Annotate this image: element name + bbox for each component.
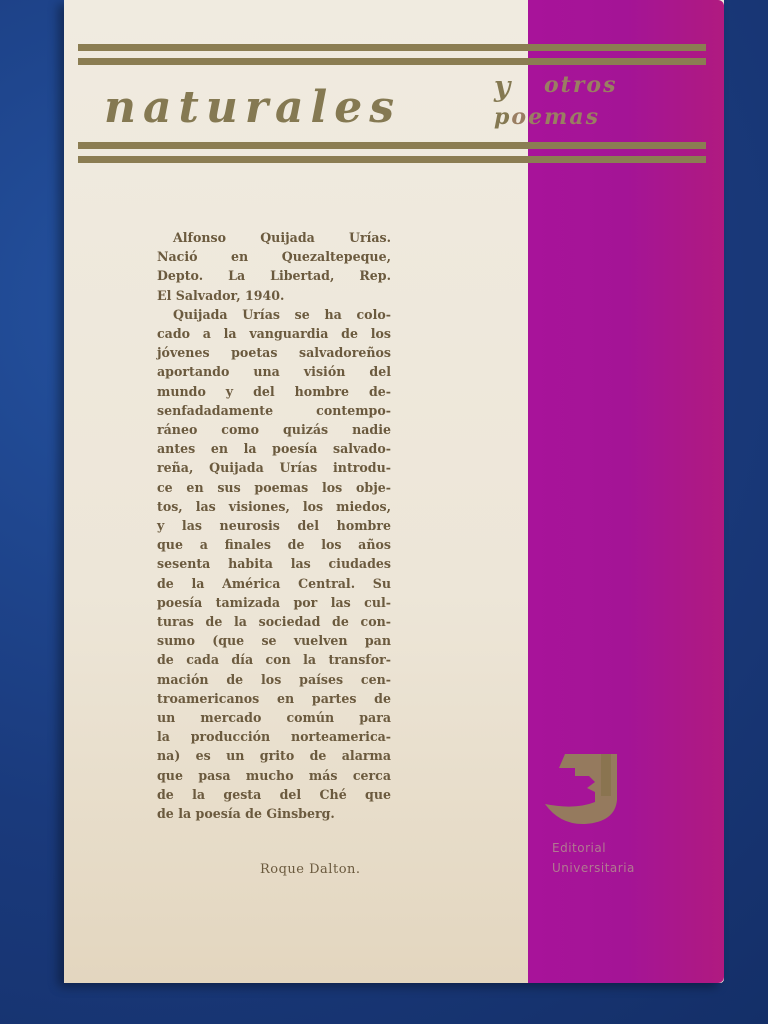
bio-line: sesenta habita las ciudades (157, 554, 391, 573)
gold-stripe (78, 44, 706, 51)
bio-line: troamericanos en partes de (157, 689, 391, 708)
bio-line: mundo y del hombre de- (157, 382, 391, 401)
bio-line: Quijada Urías se ha colo- (157, 305, 391, 324)
publisher-name: Editorial Universitaria (552, 838, 635, 878)
publisher-line-1: Editorial (552, 838, 635, 858)
bio-line: sumo (que se vuelven pan (157, 631, 391, 650)
bio-paragraph-2: Quijada Urías se ha colo-cado a la vangu… (157, 305, 391, 823)
bio-line: tos, las visiones, los miedos, (157, 497, 391, 516)
bio-line: Alfonso Quijada Urías. (157, 228, 391, 247)
bio-line: que pasa mucho más cerca (157, 766, 391, 785)
bio-line: poesía tamizada por las cul- (157, 593, 391, 612)
gold-stripe (78, 156, 706, 163)
bio-line: El Salvador, 1940. (157, 286, 391, 305)
bio-line: que a finales de los años (157, 535, 391, 554)
title-poemas-p: p (494, 104, 511, 130)
bio-line: cado a la vanguardia de los (157, 324, 391, 343)
title-y: y (494, 70, 510, 103)
bio-line: Nació en Quezaltepeque, (157, 247, 391, 266)
bio-line: mación de los países cen- (157, 670, 391, 689)
author-bio: Alfonso Quijada Urías.Nació en Quezaltep… (157, 228, 391, 823)
signature: Roque Dalton. (260, 862, 361, 877)
bio-line: antes en la poesía salvado- (157, 439, 391, 458)
bio-line: la producción norteamerica- (157, 727, 391, 746)
bio-line: de la poesía de Ginsberg. (157, 804, 391, 823)
bio-line: na) es un grito de alarma (157, 746, 391, 765)
bio-line: de cada día con la transfor- (157, 650, 391, 669)
bio-line: de la América Central. Su (157, 574, 391, 593)
editorial-universitaria-logo-icon (545, 752, 625, 827)
bio-line: Depto. La Libertad, Rep. (157, 266, 391, 285)
gold-stripe (78, 142, 706, 149)
bio-line: turas de la sociedad de con- (157, 612, 391, 631)
bio-line: jóvenes poetas salvadoreños (157, 343, 391, 362)
bio-line: reña, Quijada Urías introdu- (157, 458, 391, 477)
title-poemas: poemas (494, 104, 600, 130)
bio-paragraph-1: Alfonso Quijada Urías.Nació en Quezaltep… (157, 228, 391, 305)
bio-line: de la gesta del Ché que (157, 785, 391, 804)
bio-line: y las neurosis del hombre (157, 516, 391, 535)
bio-line: senfadadamente contempo- (157, 401, 391, 420)
title-naturales: naturales (104, 82, 401, 133)
title-poemas-rest: oemas (511, 104, 600, 130)
bio-line: un mercado común para (157, 708, 391, 727)
bio-line: ráneo como quizás nadie (157, 420, 391, 439)
bio-line: ce en sus poemas los obje- (157, 478, 391, 497)
bio-line: aportando una visión del (157, 362, 391, 381)
publisher-line-2: Universitaria (552, 858, 635, 878)
title-otros: otros (544, 72, 618, 98)
gold-stripe (78, 58, 706, 65)
